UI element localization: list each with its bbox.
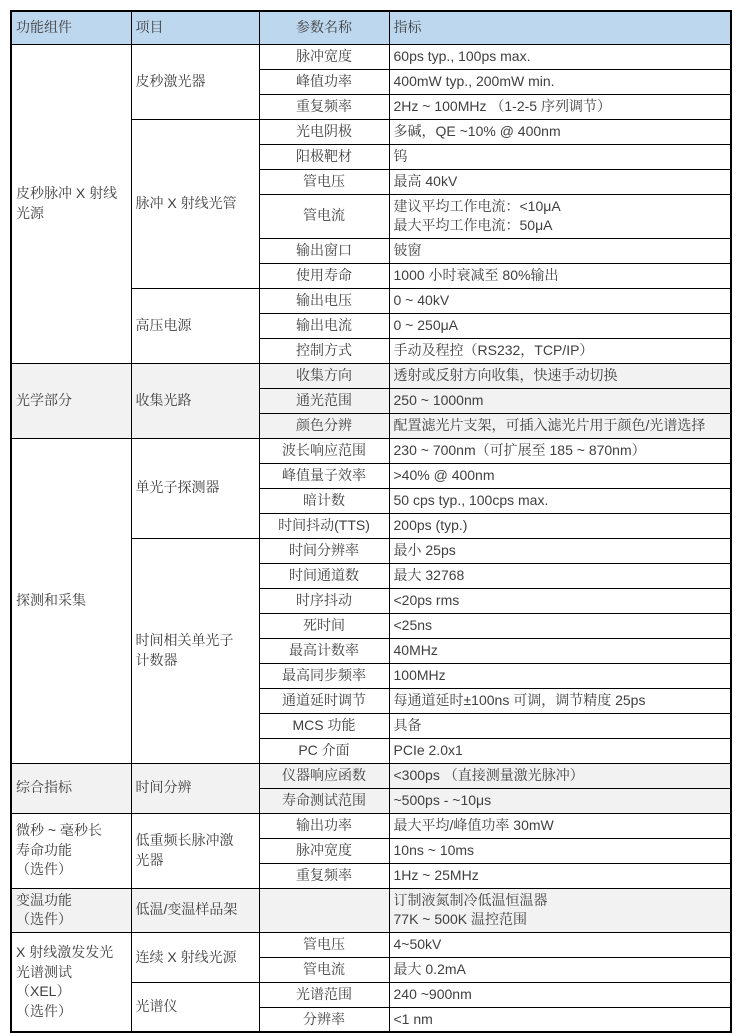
param-cell: 峰值功率	[259, 69, 389, 94]
spec-cell: 具备	[389, 713, 731, 738]
param-cell: 管电流	[259, 194, 389, 238]
item-cell: 高压电源	[131, 288, 259, 363]
spec-cell: 1000 小时衰减至 80%输出	[389, 263, 731, 288]
spec-cell: 60ps typ., 100ps max.	[389, 44, 731, 69]
param-cell: 波长响应范围	[259, 438, 389, 463]
spec-table: 功能组件 项目 参数名称 指标 皮秒脉冲 X 射线 光源皮秒激光器脉冲宽度60p…	[10, 10, 732, 1033]
param-cell: 暗计数	[259, 488, 389, 513]
component-cell: 微秒 ~ 毫秒长 寿命功能 （选件）	[11, 813, 131, 888]
spec-cell: <300ps （直接测量激光脉冲）	[389, 763, 731, 788]
param-cell: 仪器响应函数	[259, 763, 389, 788]
param-cell: 通光范围	[259, 388, 389, 413]
spec-cell: 250 ~ 1000nm	[389, 388, 731, 413]
spec-cell: <1 nm	[389, 1007, 731, 1032]
table-row: 变温功能 （选件）低温/变温样品架订制液氮制冷低温恒温器 77K ~ 500K …	[11, 888, 731, 932]
param-cell: 管电流	[259, 957, 389, 982]
table-row: X 射线激发发光 光谱测试 （XEL） （选件）连续 X 射线光源管电压4~50…	[11, 932, 731, 957]
param-cell: 脉冲宽度	[259, 838, 389, 863]
param-cell: 峰值量子效率	[259, 463, 389, 488]
spec-table-head: 功能组件 项目 参数名称 指标	[11, 11, 731, 44]
param-cell: PC 介面	[259, 738, 389, 763]
param-cell: 通道延时调节	[259, 688, 389, 713]
table-row: 光学部分收集光路收集方向透射或反射方向收集，快速手动切换	[11, 363, 731, 388]
param-cell: 输出电压	[259, 288, 389, 313]
spec-cell: 240 ~900nm	[389, 982, 731, 1007]
spec-cell: 4~50kV	[389, 932, 731, 957]
param-cell: MCS 功能	[259, 713, 389, 738]
spec-cell: 400mW typ., 200mW min.	[389, 69, 731, 94]
spec-cell: 100MHz	[389, 663, 731, 688]
spec-table-body: 皮秒脉冲 X 射线 光源皮秒激光器脉冲宽度60ps typ., 100ps ma…	[11, 44, 731, 1032]
param-cell: 控制方式	[259, 338, 389, 363]
spec-cell: 40MHz	[389, 638, 731, 663]
header-spec: 指标	[389, 11, 731, 44]
item-cell: 光谱仪	[131, 982, 259, 1032]
item-cell: 低重频长脉冲激 光器	[131, 813, 259, 888]
spec-cell: 最大 0.2mA	[389, 957, 731, 982]
component-cell: 变温功能 （选件）	[11, 888, 131, 932]
spec-cell: 多碱，QE ~10% @ 400nm	[389, 119, 731, 144]
spec-cell: <25ns	[389, 613, 731, 638]
param-cell: 死时间	[259, 613, 389, 638]
item-cell: 皮秒激光器	[131, 44, 259, 119]
param-cell: 最高同步频率	[259, 663, 389, 688]
header-component: 功能组件	[11, 11, 131, 44]
component-cell: 探测和采集	[11, 438, 131, 763]
item-cell: 收集光路	[131, 363, 259, 438]
spec-cell: ~500ps - ~10μs	[389, 788, 731, 813]
table-header-row: 功能组件 项目 参数名称 指标	[11, 11, 731, 44]
component-cell: X 射线激发发光 光谱测试 （XEL） （选件）	[11, 932, 131, 1032]
item-cell: 单光子探测器	[131, 438, 259, 538]
spec-cell: 2Hz ~ 100MHz （1-2-5 序列调节）	[389, 94, 731, 119]
param-cell: 阳极靶材	[259, 144, 389, 169]
table-row: 探测和采集单光子探测器波长响应范围230 ~ 700nm（可扩展至 185 ~ …	[11, 438, 731, 463]
param-cell: 寿命测试范围	[259, 788, 389, 813]
spec-cell: 最大平均/峰值功率 30mW	[389, 813, 731, 838]
param-cell: 最高计数率	[259, 638, 389, 663]
param-cell: 管电压	[259, 932, 389, 957]
param-cell: 使用寿命	[259, 263, 389, 288]
param-cell: 分辨率	[259, 1007, 389, 1032]
item-cell: 脉冲 X 射线光管	[131, 119, 259, 288]
spec-cell: 建议平均工作电流：<10μA 最大平均工作电流：50μA	[389, 194, 731, 238]
param-cell: 重复频率	[259, 863, 389, 888]
param-cell: 输出窗口	[259, 238, 389, 263]
param-cell: 脉冲宽度	[259, 44, 389, 69]
param-cell: 输出电流	[259, 313, 389, 338]
header-item: 项目	[131, 11, 259, 44]
spec-cell: 10ns ~ 10ms	[389, 838, 731, 863]
spec-cell: 1Hz ~ 25MHz	[389, 863, 731, 888]
param-cell: 输出功率	[259, 813, 389, 838]
spec-cell: 铍窗	[389, 238, 731, 263]
item-cell: 连续 X 射线光源	[131, 932, 259, 982]
spec-cell: <20ps rms	[389, 588, 731, 613]
param-cell: 重复频率	[259, 94, 389, 119]
spec-cell: 最高 40kV	[389, 169, 731, 194]
spec-cell: 透射或反射方向收集，快速手动切换	[389, 363, 731, 388]
spec-cell: >40% @ 400nm	[389, 463, 731, 488]
spec-cell: 钨	[389, 144, 731, 169]
spec-cell: 手动及程控（RS232，TCP/IP）	[389, 338, 731, 363]
header-param: 参数名称	[259, 11, 389, 44]
spec-cell: 0 ~ 40kV	[389, 288, 731, 313]
spec-cell: 230 ~ 700nm（可扩展至 185 ~ 870nm）	[389, 438, 731, 463]
param-cell: 管电压	[259, 169, 389, 194]
table-row: 皮秒脉冲 X 射线 光源皮秒激光器脉冲宽度60ps typ., 100ps ma…	[11, 44, 731, 69]
component-cell: 皮秒脉冲 X 射线 光源	[11, 44, 131, 363]
param-cell: 时间抖动(TTS)	[259, 513, 389, 538]
component-cell: 综合指标	[11, 763, 131, 813]
param-cell: 光谱范围	[259, 982, 389, 1007]
spec-cell: 配置滤光片支架，可插入滤光片用于颜色/光谱选择	[389, 413, 731, 438]
table-row: 综合指标时间分辨仪器响应函数<300ps （直接测量激光脉冲）	[11, 763, 731, 788]
item-cell: 低温/变温样品架	[131, 888, 259, 932]
param-cell: 时间通道数	[259, 563, 389, 588]
spec-cell: PCIe 2.0x1	[389, 738, 731, 763]
spec-cell: 每通道延时±100ns 可调，调节精度 25ps	[389, 688, 731, 713]
param-cell: 时序抖动	[259, 588, 389, 613]
param-cell: 时间分辨率	[259, 538, 389, 563]
table-row: 微秒 ~ 毫秒长 寿命功能 （选件）低重频长脉冲激 光器输出功率最大平均/峰值功…	[11, 813, 731, 838]
spec-cell: 订制液氮制冷低温恒温器 77K ~ 500K 温控范围	[389, 888, 731, 932]
spec-cell: 50 cps typ., 100cps max.	[389, 488, 731, 513]
item-cell: 时间分辨	[131, 763, 259, 813]
param-cell: 光电阴极	[259, 119, 389, 144]
spec-cell: 200ps (typ.)	[389, 513, 731, 538]
component-cell: 光学部分	[11, 363, 131, 438]
param-cell: 颜色分辨	[259, 413, 389, 438]
param-cell: 收集方向	[259, 363, 389, 388]
param-cell	[259, 888, 389, 932]
spec-cell: 最小 25ps	[389, 538, 731, 563]
spec-cell: 0 ~ 250μA	[389, 313, 731, 338]
item-cell: 时间相关单光子 计数器	[131, 538, 259, 763]
spec-cell: 最大 32768	[389, 563, 731, 588]
